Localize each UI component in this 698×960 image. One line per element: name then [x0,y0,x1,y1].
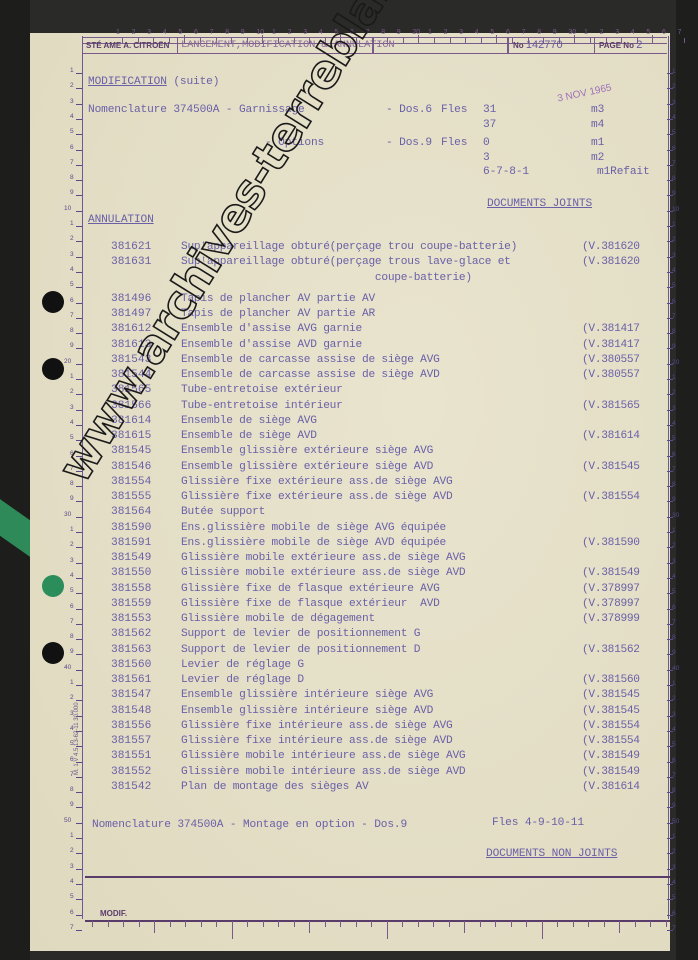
ruler-number: 10 [256,29,264,36]
part-reference: (V.381620 [582,256,640,268]
ruler-number: 4 [631,29,635,36]
annulation-heading: ANNULATION [88,214,154,226]
part-reference: (V.381417 [582,323,640,335]
ruler-tick [185,921,186,927]
margin-number: 1 [672,527,676,534]
ruler-tick [668,38,669,43]
part-reference: (V.381614 [582,781,640,793]
margin-number: 7 [672,772,676,779]
margin-tick [76,394,82,395]
margin-number: 1 [672,374,676,381]
part-reference: (V.381554 [582,491,640,503]
page-number-label: PAGE No [599,41,634,50]
margin-number: 10 [64,205,71,212]
part-number: 381557 [111,735,181,747]
margin-number: 9 [672,802,676,809]
ruler-number: 9 [241,29,245,36]
margin-tick [76,777,82,778]
part-reference: (V.378997 [582,598,640,610]
modification-heading: MODIFICATION (suite) [88,76,219,88]
ruler-number: 2 [444,29,448,36]
fles-value: 3 [483,152,490,164]
part-description: Glissière mobile intérieure ass.de siège… [181,750,465,762]
part-number: 381549 [111,552,181,564]
margin-number: 2 [70,847,74,854]
margin-number: 2 [70,541,74,548]
part-number: 381556 [111,720,181,732]
margin-number: 1 [672,833,676,840]
margin-number: 30 [64,511,71,518]
margin-number: 4 [70,266,74,273]
part-reference: (V.378997 [582,583,640,595]
ruler-tick [666,921,667,927]
margin-tick [76,241,82,242]
margin-tick [76,853,82,854]
margin-number: 9 [70,648,74,655]
part-reference: (V.381545 [582,689,640,701]
margin-tick [76,869,82,870]
ruler-tick [216,921,217,927]
part-reference: (V.381545 [582,705,640,717]
header-divider [507,38,509,53]
part-number: 381559 [111,598,181,610]
bottom-ruler-line [85,920,670,922]
ruler-tick [433,921,434,927]
punch-hole [42,575,64,597]
part-number: 381546 [111,461,181,473]
part-number: 381591 [111,537,181,549]
margin-number: 1 [70,832,74,839]
modif-label: MODIF. [100,909,127,918]
ruler-tick [232,921,233,939]
ruler-number: 3 [147,29,151,36]
margin-tick [76,272,82,273]
margin-number: 5 [672,894,676,901]
margin-number: 4 [672,879,676,886]
margin-number: 1 [672,680,676,687]
fles-label: Fles [441,137,467,149]
margin-tick [76,150,82,151]
margin-tick [76,348,82,349]
ruler-number: 5 [490,29,494,36]
footer-fles: Fles 4-9-10-11 [492,817,584,829]
part-description: Support de levier de positionnement D [181,644,420,656]
margin-tick [76,792,82,793]
ruler-number: 3 [459,29,463,36]
part-reference: (V.381549 [582,766,640,778]
ruler-number: 7 [678,29,682,36]
ruler-number: 8 [381,29,385,36]
margin-tick [76,333,82,334]
margin-tick [76,609,82,610]
ruler-tick [464,921,465,933]
part-number: 381560 [111,659,181,671]
document-number-label: No [513,41,524,50]
margin-number: 5 [70,281,74,288]
margin-number: 9 [672,343,676,350]
margin-tick [76,624,82,625]
margin-tick [76,257,82,258]
margin-number: 3 [672,864,676,871]
ruler-tick [402,921,403,927]
ruler-tick [495,921,496,927]
margin-tick [76,547,82,548]
page-number-value: 2 [636,39,642,51]
part-description: Glissière fixe extérieure ass.de siège A… [181,491,452,503]
margin-number: 8 [672,634,676,641]
margin-number: 9 [672,190,676,197]
margin-tick [76,119,82,120]
m-value: m4 [591,119,604,131]
part-number: 381590 [111,522,181,534]
margin-number: 2 [672,389,676,396]
fles-label: Fles [441,104,467,116]
ruler-tick [247,921,248,927]
part-reference: (V.378999 [582,613,640,625]
margin-number: 7 [672,160,676,167]
margin-number: 4 [672,420,676,427]
part-number: 381547 [111,689,181,701]
margin-tick [76,915,82,916]
margin-number: 1 [70,373,74,380]
margin-number: 3 [70,251,74,258]
margin-tick [76,838,82,839]
ruler-number: 30 [568,29,576,36]
margin-tick [76,211,82,212]
margin-number: 4 [70,572,74,579]
footer-nomenclature: Nomenclature 374500A - Montage en option… [92,819,407,831]
margin-number: 6 [672,757,676,764]
margin-tick [76,104,82,105]
margin-number: 7 [672,925,676,932]
part-description: Glissière fixe intérieure ass.de siège A… [181,735,452,747]
part-description: Support de levier de positionnement G [181,628,420,640]
m-value: m1Refait [597,166,650,178]
part-reference: (V.381549 [582,750,640,762]
margin-number: 4 [672,267,676,274]
ruler-number: 1 [428,29,432,36]
margin-number: 40 [672,665,679,672]
part-reference: (V.381614 [582,430,640,442]
margin-tick [76,318,82,319]
part-number: 381561 [111,674,181,686]
ruler-tick [278,921,279,927]
margin-number: 6 [672,604,676,611]
margin-number: 2 [672,83,676,90]
ruler-tick [542,921,543,939]
part-number: 381551 [111,750,181,762]
document-number: No 142770 [510,38,595,53]
ruler-number: 6 [662,29,666,36]
ruler-number: 3 [303,29,307,36]
part-description: Ensemble glissière intérieure siège AVD [181,705,433,717]
margin-tick [76,639,82,640]
ruler-tick [511,921,512,927]
margin-number: 1 [672,68,676,75]
background-left [0,0,30,960]
margin-number: 6 [672,910,676,917]
margin-number: 2 [70,235,74,242]
part-description: Ensemble d'assise AVD garnie [181,339,362,351]
part-description: Tube-entretoise extérieur [181,384,343,396]
margin-number: 1 [70,526,74,533]
margin-number: 8 [672,787,676,794]
fles-value: 31 [483,104,496,116]
ruler-number: 1 [272,29,276,36]
margin-number: 9 [70,189,74,196]
dos-value: - Dos.6 [386,104,432,116]
part-number: 381558 [111,583,181,595]
ruler-tick [604,921,605,927]
margin-tick [76,930,82,931]
margin-number: 1 [672,221,676,228]
part-description: Glissière fixe de flasque extérieur AVD [181,598,440,610]
margin-tick [76,287,82,288]
ruler-number: 1 [584,29,588,36]
margin-number: 30 [672,512,679,519]
part-reference: (V.381549 [582,567,640,579]
part-description: Ensemble glissière intérieure siège AVG [181,689,433,701]
margin-tick [76,180,82,181]
print-code: M. 1 V 4.5 13-62-11 30.000 [74,702,80,775]
margin-number: 4 [70,113,74,120]
margin-number: 3 [70,557,74,564]
part-description: Ensemble de siège AVG [181,415,317,427]
documents-joints-label: DOCUMENTS JOINTS [487,198,592,210]
margin-tick [76,134,82,135]
margin-number: 6 [672,298,676,305]
margin-number: 7 [672,313,676,320]
margin-number: 9 [70,342,74,349]
margin-number: 3 [672,99,676,106]
margin-number: 3 [672,405,676,412]
modif-line [85,876,670,878]
ruler-tick [309,921,310,933]
ruler-tick [588,921,589,927]
margin-tick [76,670,82,671]
margin-number: 3 [70,98,74,105]
margin-number: 6 [70,297,74,304]
part-description: Glissière mobile extérieure ass.de siège… [181,552,465,564]
ruler-tick [557,921,558,927]
margin-number: 8 [70,786,74,793]
margin-number: 20 [64,358,71,365]
margin-tick [76,532,82,533]
margin-number: 7 [70,312,74,319]
ruler-number: 7 [522,29,526,36]
margin-number: 5 [672,282,676,289]
margin-tick [76,807,82,808]
margin-number: 8 [672,481,676,488]
margin-number: 8 [70,327,74,334]
margin-tick [76,884,82,885]
margin-tick [76,517,82,518]
fles-value: 37 [483,119,496,131]
margin-number: 5 [672,741,676,748]
part-description: Tapis de plancher AV partie AR [181,308,375,320]
margin-number: 9 [672,496,676,503]
margin-number: 2 [70,82,74,89]
margin-number: 1 [70,67,74,74]
margin-number: 5 [70,128,74,135]
margin-number: 5 [672,588,676,595]
margin-number: 6 [672,145,676,152]
ruler-tick [92,921,93,927]
part-description: Ensemble glissière extérieure siège AVG [181,445,433,457]
ruler-number: 9 [553,29,557,36]
part-reference: (V.380557 [582,354,640,366]
ruler-tick [356,921,357,927]
margin-tick [76,379,82,380]
ruler-tick [294,921,295,927]
margin-number: 2 [70,694,74,701]
margin-number: 3 [70,863,74,870]
part-number: 381545 [111,445,181,457]
margin-number: 2 [70,388,74,395]
ruler-tick [573,921,574,927]
ruler-number: 7 [210,29,214,36]
margin-number: 6 [70,909,74,916]
margin-tick [76,685,82,686]
part-number: 381552 [111,766,181,778]
documents-non-joints-label: DOCUMENTS NON JOINTS [486,848,617,860]
part-description: Tube-entretoise intérieur [181,400,343,412]
margin-number: 6 [70,144,74,151]
part-description: Ensemble glissière extérieure siège AVD [181,461,433,473]
part-description: Levier de réglage G [181,659,304,671]
part-reference: (V.381620 [582,241,640,253]
part-description: Glissière fixe extérieure ass.de siège A… [181,476,452,488]
ruler-tick [635,921,636,927]
margin-number: 4 [672,573,676,580]
ruler-tick [123,921,124,927]
part-description: Ensemble de carcasse assise de siège AVG [181,354,440,366]
margin-number: 7 [70,924,74,931]
margin-number: 5 [70,587,74,594]
margin-number: 2 [672,848,676,855]
part-reference: (V.381565 [582,400,640,412]
punch-hole [42,642,64,664]
dos-value: - Dos.9 [386,137,432,149]
part-number: 381555 [111,491,181,503]
margin-number: 20 [672,359,679,366]
margin-tick [76,195,82,196]
part-number: 381550 [111,567,181,579]
ruler-tick [387,921,388,939]
margin-number: 8 [70,174,74,181]
margin-number: 4 [672,114,676,121]
ruler-number: 9 [397,29,401,36]
ruler-tick [480,921,481,927]
part-reference: (V.381590 [582,537,640,549]
margin-number: 9 [672,649,676,656]
part-description: Plan de montage des sièges AV [181,781,368,793]
ruler-number: 1 [116,29,120,36]
margin-number: 5 [672,129,676,136]
m-value: m1 [591,137,604,149]
part-description: Ens.glissière mobile de siège AVG équipé… [181,522,446,534]
document-number-value: 142770 [526,39,563,51]
fles-value: 6-7-8-1 [483,166,529,178]
ruler-tick [154,921,155,933]
ruler-tick [340,921,341,927]
fles-value: 0 [483,137,490,149]
margin-number: 2 [672,695,676,702]
ruler-number: 20 [412,29,420,36]
ruler-tick [449,921,450,927]
margin-number: 9 [70,801,74,808]
punch-hole [42,358,64,380]
ruler-tick [139,921,140,927]
background-right [676,0,698,960]
ruler-number: 6 [506,29,510,36]
margin-number: 3 [672,252,676,259]
margin-number: 8 [70,633,74,640]
margin-number: 1 [70,679,74,686]
margin-number: 50 [64,817,71,824]
margin-tick [76,226,82,227]
margin-number: 8 [672,328,676,335]
margin-tick [76,563,82,564]
margin-number: 7 [672,466,676,473]
ruler-number: 2 [600,29,604,36]
part-reference: (V.381417 [582,339,640,351]
part-number: 381563 [111,644,181,656]
part-reference: (V.380557 [582,369,640,381]
margin-number: 5 [70,893,74,900]
margin-tick [76,88,82,89]
ruler-number: 2 [132,29,136,36]
punch-hole [42,291,64,313]
ruler-number: 8 [537,29,541,36]
ruler-tick [526,921,527,927]
margin-number: 7 [70,618,74,625]
margin-tick [76,593,82,594]
ruler-tick [108,921,109,927]
ruler-tick [371,921,372,927]
margin-tick [76,823,82,824]
margin-number: 3 [70,404,74,411]
part-reference: (V.381554 [582,735,640,747]
margin-number: 7 [70,159,74,166]
margin-number: 7 [672,619,676,626]
ruler-number: 8 [225,29,229,36]
ruler-number: 6 [194,29,198,36]
ruler-number: 4 [163,29,167,36]
part-number: 381564 [111,506,181,518]
part-description: Butée support [181,506,265,518]
margin-number: 3 [672,558,676,565]
ruler-tick [325,921,326,927]
margin-tick [76,654,82,655]
part-description: Ensemble d'assise AVG garnie [181,323,362,335]
margin-number: 3 [672,711,676,718]
part-reference: (V.381562 [582,644,640,656]
part-reference: (V.381560 [582,674,640,686]
part-description: Levier de réglage D [181,674,304,686]
margin-tick [76,501,82,502]
part-description: Ens.glissière mobile de siège AVD équipé… [181,537,446,549]
part-description: Glissière mobile extérieure ass.de siège… [181,567,465,579]
margin-number: 2 [672,236,676,243]
margin-tick [76,486,82,487]
margin-number: 6 [672,451,676,458]
margin-number: 4 [70,878,74,885]
part-number: 381554 [111,476,181,488]
margin-number: 5 [672,435,676,442]
margin-number: 2 [672,542,676,549]
part-description: Glissière mobile intérieure ass.de siège… [181,766,465,778]
